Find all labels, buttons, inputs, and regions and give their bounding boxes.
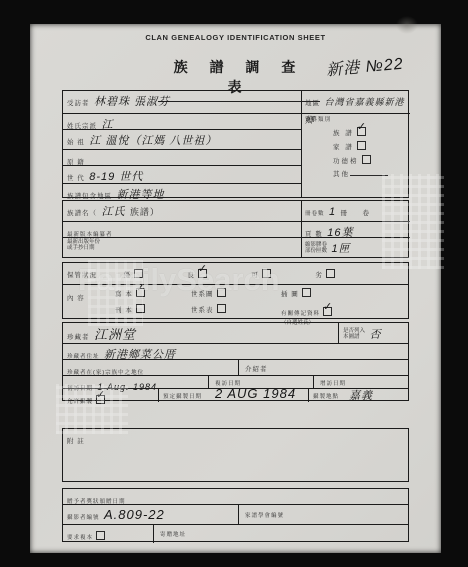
section-identification: 受訪者 林碧珠 張淑芬 姓氏宗派 江 始 祖 江 溫悅（江媽 八世祖） 原 籍 … — [62, 90, 409, 198]
section-holder-visits: 珍藏者 江洲堂 是否列入 本圖譜 否 珍藏者住址 新港鄉菜公厝 珍藏者在(家)宗… — [62, 322, 409, 401]
filming-permission-checkmark: ✓ — [96, 388, 105, 401]
row-microfilm-reels: 縮影膠卷 部份匣數 1匣 — [301, 237, 410, 259]
row-coverage-area: 族譜包含地區 新港等地 — [63, 183, 301, 199]
material-option-other: 其他 — [333, 169, 406, 178]
excellent-checkbox — [134, 269, 143, 278]
material-option-jiapu-label: 家 譜 — [333, 144, 354, 151]
region-label: 地區 — [305, 100, 320, 107]
material-option-gongdebang-label: 功德榜 — [333, 158, 359, 165]
coverage-label: 族譜包含地區 — [67, 193, 112, 200]
content-manuscript: 寫 本✓ — [115, 288, 145, 298]
row-region: 地區 台灣省嘉義縣新港鄉 — [301, 91, 410, 113]
biographical-checkmark: ✓ — [323, 300, 332, 313]
photographer-number-value: A.809-22 — [104, 507, 165, 522]
scanned-form-page: CLAN GENEALOGY IDENTIFICATION SHEET 族 譜 … — [30, 24, 441, 553]
biographical-checkbox: ✓ — [323, 307, 332, 316]
good-checkmark: ✓ — [198, 262, 208, 275]
cell-divider — [208, 376, 209, 388]
row-page-count: 頁 數 16葉 — [301, 221, 410, 237]
cell-divider — [238, 505, 239, 524]
condition-option-fair: 可 — [251, 272, 271, 279]
material-option-other-label: 其他 — [333, 171, 350, 178]
material-option-jiapu: 家 譜 — [333, 141, 406, 151]
material-type-block: 資料類別 族 譜✓ 家 譜 功德榜 其他 — [301, 113, 410, 199]
condition-label: 保管狀況 — [67, 272, 97, 279]
content-lineage-chart: 世系圖 — [191, 288, 226, 298]
section-notes: 附 註 — [62, 428, 409, 482]
condition-option-good: 良✓ — [187, 272, 207, 279]
row-filming: 允許攝製✓ 預定攝製日期 2 AUG 1984 攝製地點 嘉義 — [63, 388, 408, 402]
handwritten-annotation: 新港 №22 — [325, 51, 404, 81]
illustrations-checkbox — [302, 288, 311, 297]
genealogy-name-suffix: 族譜） — [130, 207, 160, 217]
society-number-label: 家譜學會編號 — [245, 511, 284, 519]
poor-checkbox — [326, 269, 335, 278]
row-holder-address: 珍藏者住址 新港鄉菜公厝 — [63, 343, 408, 359]
genealogy-name-label: 族譜名（ — [67, 210, 97, 217]
interviewee-value: 林碧珠 張淑芬 — [94, 96, 170, 108]
generations-label: 世 代 — [67, 175, 85, 182]
microfilm-label-line1: 縮影膠卷 — [305, 242, 327, 248]
cell-divider — [158, 389, 159, 402]
form-title-english: CLAN GENEALOGY IDENTIFICATION SHEET — [30, 33, 441, 42]
volume-count-value: 1 — [329, 206, 336, 218]
section-genealogy-volume: 族譜名（ 江氏 族譜） 最新版本編纂者 最新出版年份 或手抄日期 冊卷數 1 冊… — [62, 200, 409, 258]
row-interviewee: 受訪者 林碧珠 張淑芬 — [63, 91, 301, 113]
introducer-label: 介紹者 — [245, 364, 268, 373]
section-condition-content: 保管狀況 優 良✓ 可 劣 內 容 寫 本✓ 刊 本 世系圖 世系表 插 圖 有… — [62, 262, 409, 319]
content-label: 內 容 — [67, 293, 85, 302]
interviewee-label: 受訪者 — [67, 100, 90, 107]
filming-permission-label: 允許攝製 — [67, 399, 93, 405]
scheduled-filming-label: 預定攝製日期 — [163, 392, 202, 400]
filming-location-label: 攝製地點 — [313, 392, 339, 400]
microfilm-value: 1匣 — [331, 243, 350, 255]
filming-location-value: 嘉義 — [349, 387, 373, 403]
holder-value: 江洲堂 — [94, 327, 136, 342]
gongdebang-checkbox — [362, 155, 371, 164]
lineage-table-checkbox — [217, 304, 226, 313]
manuscript-checkbox: ✓ — [136, 288, 145, 297]
fair-checkbox — [262, 269, 271, 278]
row-surname: 姓氏宗派 江 — [63, 113, 301, 129]
copy-request-checkbox — [96, 531, 105, 540]
included-value: 否 — [369, 329, 381, 341]
row-content-type: 內 容 寫 本✓ 刊 本 世系圖 世系表 插 圖 有關傳記資料✓ （自選姓氏） — [63, 284, 408, 320]
material-option-zupu-label: 族 譜 — [333, 130, 354, 137]
row-holder-position: 珍藏者在(家)宗族中之地位 介紹者 — [63, 359, 408, 375]
row-generations: 世 代 8-19 世代 — [63, 165, 301, 183]
row-award-date: 贈予者獎狀頒贈日期 — [63, 489, 408, 504]
notes-area: 附 註 — [63, 429, 408, 483]
row-publication-date: 最新出版年份 或手抄日期 — [63, 237, 301, 259]
generations-value: 8-19 世代 — [89, 171, 143, 183]
send-address-label: 寄贈地址 — [160, 530, 186, 538]
row-copy-request: 要求複本 寄贈地址 — [63, 524, 408, 543]
condition-option-poor: 劣 — [315, 272, 335, 279]
row-holder: 珍藏者 江洲堂 是否列入 本圖譜 否 — [63, 323, 408, 343]
material-type-label: 資料類別 — [305, 115, 406, 123]
filming-permission-checkbox: ✓ — [96, 395, 105, 404]
row-compiler: 最新版本編纂者 — [63, 221, 301, 237]
material-option-zupu: 族 譜✓ — [333, 127, 406, 137]
volume-unit-juan: 卷 — [363, 210, 371, 217]
content-lineage-table: 世系表 — [191, 304, 226, 314]
section-numbers: 贈予者獎狀頒贈日期 攝影者編號 A.809-22 家譜學會編號 要求複本 寄贈地… — [62, 488, 409, 542]
volume-unit-ce: 冊 — [341, 210, 349, 217]
included-label-block: 是否列入 本圖譜 否 — [343, 325, 381, 343]
other-blank-line — [350, 175, 388, 176]
first-ancestor-label: 始 祖 — [67, 139, 85, 146]
holder-label: 珍藏者 — [67, 334, 90, 341]
included-label-line1: 是否列入 — [343, 328, 365, 334]
cell-divider — [313, 376, 314, 388]
row-origin: 原 籍 — [63, 149, 301, 165]
row-first-ancestor: 始 祖 江 溫悅（江媽 八世祖） — [63, 129, 301, 149]
first-ancestor-value: 江 溫悅（江媽 八世祖） — [89, 135, 217, 147]
content-printed: 刊 本 — [115, 304, 145, 314]
row-id-numbers: 攝影者編號 A.809-22 家譜學會編號 — [63, 504, 408, 524]
cell-divider — [153, 525, 154, 543]
copy-request-label: 要求複本 — [67, 535, 93, 541]
good-checkbox: ✓ — [198, 269, 207, 278]
manuscript-checkmark: ✓ — [136, 281, 146, 294]
cell-divider — [238, 360, 239, 375]
cell-divider — [308, 389, 309, 402]
row-volume-count: 冊卷數 1 冊 卷 — [301, 201, 410, 221]
zupu-checkbox: ✓ — [357, 127, 366, 136]
content-illustrations: 插 圖 — [281, 288, 311, 298]
genealogy-name-value: 江氏 — [101, 206, 125, 218]
photographer-number-label: 攝影者編號 — [67, 515, 100, 521]
lineage-chart-checkbox — [217, 288, 226, 297]
biographical-label: 有關傳記資料 — [281, 311, 320, 317]
printed-checkbox — [136, 304, 145, 313]
condition-option-excellent: 優 — [123, 272, 143, 279]
publication-date-label-line2: 或手抄日期 — [67, 245, 297, 251]
row-genealogy-name: 族譜名（ 江氏 族譜） — [63, 201, 301, 221]
material-option-gongdebang: 功德榜 — [333, 155, 406, 165]
notes-label: 附 註 — [67, 438, 85, 445]
paper-smudge — [396, 16, 418, 34]
row-condition: 保管狀況 優 良✓ 可 劣 — [63, 263, 408, 284]
volume-count-label: 冊卷數 — [305, 211, 325, 217]
included-label-line2: 本圖譜 — [343, 334, 365, 340]
zupu-checkmark: ✓ — [357, 120, 368, 133]
scheduled-filming-value: 2 AUG 1984 — [215, 386, 296, 401]
cell-divider — [338, 323, 339, 343]
additional-visit-label: 增訪日期 — [320, 379, 346, 387]
microfilm-label-line2: 部份匣數 — [305, 248, 327, 254]
jiapu-checkbox — [357, 141, 366, 150]
